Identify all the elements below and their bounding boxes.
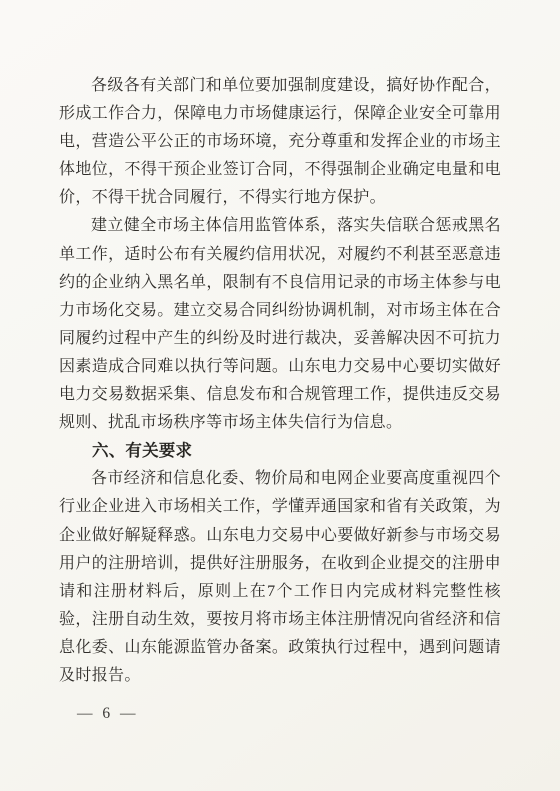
document-page: 各级各有关部门和单位要加强制度建设，搞好协作配合，形成工作合力，保障电力市场健康… — [0, 0, 560, 791]
body-paragraph: 建立健全市场主体信用监管体系，落实失信联合惩戒黑名单工作，适时公布有关履约信用状… — [59, 212, 501, 437]
body-paragraph: 各级各有关部门和单位要加强制度建设，搞好协作配合，形成工作合力，保障电力市场健康… — [59, 72, 501, 212]
section-heading: 六、有关要求 — [59, 437, 501, 465]
body-paragraph: 各市经济和信息化委、物价局和电网企业要高度重视四个行业企业进入市场相关工作，学懂… — [59, 465, 501, 690]
document-body: 各级各有关部门和单位要加强制度建设，搞好协作配合，形成工作合力，保障电力市场健康… — [59, 72, 501, 690]
page-number: — 6 — — [77, 705, 139, 723]
